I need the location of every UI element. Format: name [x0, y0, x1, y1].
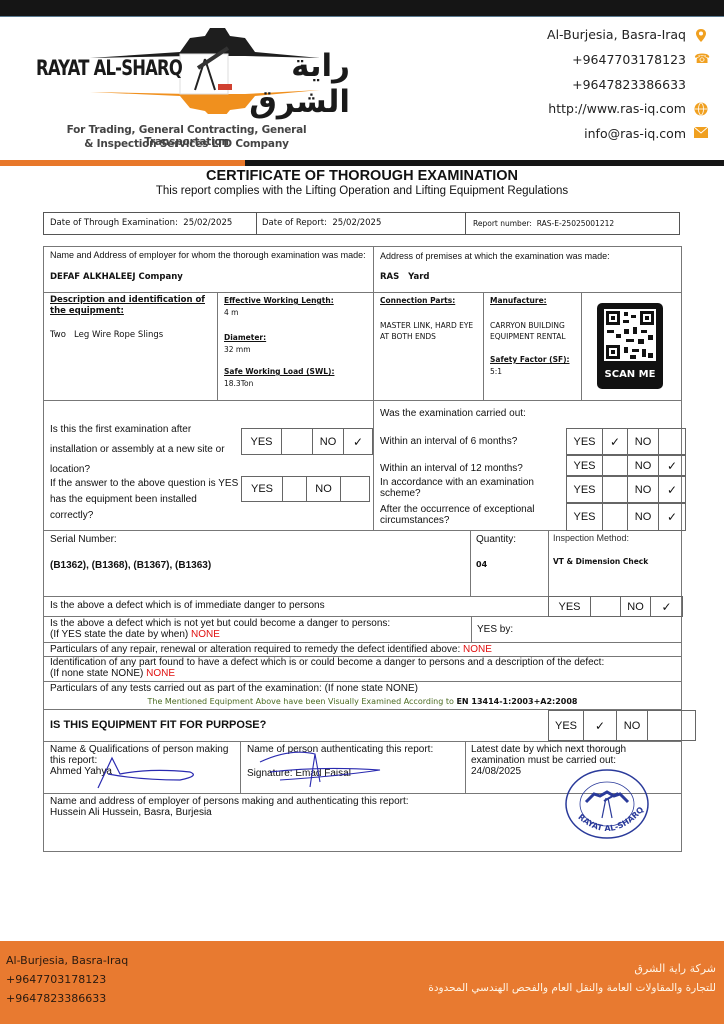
cell-divider: [373, 400, 374, 530]
row-divider: [43, 681, 682, 682]
quantity-label: Quantity:: [476, 534, 516, 545]
first-exam-no-label: NO: [312, 428, 344, 455]
first-exam-yes-checkbox[interactable]: [281, 428, 313, 455]
swl-value: 18.3Ton: [224, 379, 253, 388]
telephone-icon: ☎: [694, 52, 708, 66]
immediate-danger-yes-checkbox[interactable]: [590, 596, 621, 617]
footer-company-ar: شركة راية الشرق: [634, 962, 716, 975]
employer-value: DEFAF ALKHALEEJ Company: [50, 272, 183, 282]
diameter-value: 32 mm: [224, 345, 251, 354]
connection-value: MASTER LINK, HARD EYE AT BOTH ENDS: [380, 320, 480, 342]
yes-by-label: YES by:: [477, 624, 513, 635]
installed-no-checkbox[interactable]: [340, 476, 370, 502]
premises-label: Address of premises at which the examina…: [380, 251, 610, 261]
certificate-subtitle: This report complies with the Lifting Op…: [0, 185, 724, 197]
brand-name-ar: راية الشرق: [230, 48, 350, 120]
cell-divider: [240, 741, 241, 793]
carried-out-question-4: After the occurrence of exceptional circ…: [380, 504, 560, 526]
carried-out-1-no-label: NO: [627, 428, 659, 455]
carried-out-2-yes-checkbox[interactable]: [602, 455, 628, 476]
certificate-title: CERTIFICATE OF THOROUGH EXAMINATION: [0, 168, 724, 184]
carried-out-4-yes-label: YES: [566, 503, 603, 531]
fit-for-purpose-yes-checkbox[interactable]: ✓: [583, 710, 617, 741]
first-exam-yes-label: YES: [241, 428, 282, 455]
envelope-icon: [694, 127, 708, 141]
identification-value: NONE: [146, 668, 175, 679]
ewl-value: 4 m: [224, 308, 238, 317]
quantity-value: 04: [476, 560, 487, 569]
repair-value: NONE: [463, 644, 492, 655]
date-of-exam-value: 25/02/2025: [183, 218, 232, 228]
cell-divider: [465, 741, 466, 793]
brand-name-en: RAYAT AL-SHARQ: [36, 56, 182, 80]
carried-out-3-no-checkbox[interactable]: ✓: [658, 476, 686, 503]
serial-value: (B1362), (B1368), (B1367), (B1363): [50, 560, 211, 571]
fit-for-purpose-no-checkbox[interactable]: [647, 710, 696, 741]
qr-code[interactable]: SCAN ME: [597, 303, 663, 389]
carried-out-3-yes-checkbox[interactable]: [602, 476, 628, 503]
date-of-report: Date of Report: 25/02/2025: [262, 218, 381, 228]
qr-code-icon: [604, 309, 656, 361]
installed-yes-checkbox[interactable]: [282, 476, 307, 502]
identification-particulars: Identification of any part found to have…: [50, 657, 680, 679]
carried-out-question-1: Within an interval of 6 months?: [380, 436, 560, 447]
row-divider: [43, 642, 682, 643]
carried-out-4-no-label: NO: [627, 503, 659, 531]
cell-divider: [471, 616, 472, 642]
fit-for-purpose-question: IS THIS EQUIPMENT FIT FOR PURPOSE?: [50, 719, 266, 731]
diameter-label: Diameter:: [224, 333, 266, 342]
date-of-report-value: 25/02/2025: [332, 218, 381, 228]
premises-value: RAS Yard: [380, 272, 430, 282]
future-danger-question: Is the above a defect which is not yet b…: [50, 618, 390, 640]
employer-of-persons: Name and address of employer of persons …: [50, 796, 409, 818]
employer-of-persons-value: Hussein Ali Hussein, Basra, Burjesia: [50, 807, 409, 818]
connection-label: Connection Parts:: [380, 296, 455, 305]
top-dark-bar: [0, 0, 724, 17]
contact-phone-2: +9647823386633: [572, 77, 686, 92]
carried-out-2-yes-label: YES: [566, 455, 603, 476]
carried-out-4-no-checkbox[interactable]: ✓: [658, 503, 686, 531]
immediate-danger-yes-label: YES: [548, 596, 591, 617]
first-exam-question: Is this the first examination after inst…: [50, 420, 240, 480]
immediate-danger-no-label: NO: [620, 596, 651, 617]
divider-orange: [0, 160, 245, 166]
equipment-description-label: Description and identification of the eq…: [50, 295, 210, 317]
footer-address: Al-Burjesia, Basra-Iraq: [6, 954, 128, 967]
cell-divider: [217, 292, 218, 400]
future-danger-value: NONE: [191, 629, 220, 640]
tests-result: The Mentioned Equipment Above have been …: [43, 697, 682, 706]
cell-divider: [548, 530, 549, 596]
carried-out-3-no-label: NO: [627, 476, 659, 503]
carried-out-question-2: Within an interval of 12 months?: [380, 463, 560, 474]
swl-label: Safe Working Load (SWL):: [224, 367, 334, 376]
installed-question: If the answer to the above question is Y…: [50, 476, 240, 524]
cell-divider: [581, 292, 582, 400]
location-pin-icon: [694, 28, 708, 42]
row-divider: [43, 400, 682, 401]
manufacture-label: Manufacture:: [490, 296, 547, 305]
first-exam-no-checkbox[interactable]: ✓: [343, 428, 373, 455]
cell-divider: [483, 292, 484, 400]
company-stamp-icon: RAYAT AL-SHARQ Co.: [564, 768, 650, 840]
signature-maker-icon: [80, 750, 220, 790]
divider-dark: [245, 160, 724, 166]
immediate-danger-no-checkbox[interactable]: ✓: [650, 596, 683, 617]
immediate-danger-question: Is the above a defect which is of immedi…: [50, 600, 325, 611]
date-of-exam: Date of Through Examination: 25/02/2025: [50, 218, 232, 228]
safety-factor-label: Safety Factor (SF):: [490, 355, 570, 364]
serial-label: Serial Number:: [50, 534, 117, 545]
installed-no-label: NO: [306, 476, 341, 502]
contact-address: Al-Burjesia, Basra-Iraq: [547, 27, 686, 42]
cell-divider: [256, 212, 257, 235]
inspection-method-value: VT & Dimension Check: [553, 557, 648, 566]
globe-icon: [694, 102, 708, 116]
safety-factor-value: 5:1: [490, 367, 502, 376]
carried-out-2-no-label: NO: [627, 455, 659, 476]
fit-for-purpose-yes-label: YES: [548, 710, 584, 741]
installed-yes-label: YES: [241, 476, 283, 502]
tagline-line2: & Inspection Services LTD Company: [24, 138, 349, 150]
carried-out-1-no-checkbox[interactable]: [658, 428, 686, 455]
manufacture-value: CARRYON BUILDING EQUIPMENT RENTAL: [490, 320, 580, 342]
carried-out-4-yes-checkbox[interactable]: [602, 503, 628, 531]
contact-phone-1: +9647703178123: [572, 52, 686, 67]
equipment-description-value: Two Leg Wire Rope Slings: [50, 330, 163, 340]
carried-out-question-3: In accordance with an examination scheme…: [380, 477, 560, 499]
ewl-label: Effective Working Length:: [224, 296, 334, 305]
fit-for-purpose-no-label: NO: [616, 710, 648, 741]
repair-particulars: Particulars of any repair, renewal or al…: [50, 644, 492, 655]
tests-label: Particulars of any tests carried out as …: [50, 683, 418, 694]
test-standard: EN 13414-1:2003+A2:2008: [456, 697, 577, 706]
contact-email[interactable]: info@ras-iq.com: [584, 126, 686, 141]
carried-out-1-yes-label: YES: [566, 428, 603, 455]
footer-phone-2: +9647823386633: [6, 992, 106, 1005]
contact-website[interactable]: http://www.ras-iq.com: [548, 101, 686, 116]
inspection-method-label: Inspection Method:: [553, 533, 629, 543]
carried-out-1-yes-checkbox[interactable]: ✓: [602, 428, 628, 455]
cell-divider: [470, 530, 471, 596]
report-number-value: RAS-E-25025001212: [537, 219, 614, 228]
cell-divider: [373, 246, 374, 400]
company-logo: RAYAT AL-SHARQ راية الشرق: [30, 24, 350, 114]
report-number: Report number: RAS-E-25025001212: [473, 219, 614, 228]
cell-divider: [465, 212, 466, 235]
carried-out-2-no-checkbox[interactable]: ✓: [658, 455, 686, 476]
signature-authenticator-icon: [250, 742, 390, 794]
carried-out-3-yes-label: YES: [566, 476, 603, 503]
footer-services-ar: للتجارة والمقاولات العامة والنقل العام و…: [428, 982, 716, 994]
carried-out-label: Was the examination carried out:: [380, 408, 526, 419]
footer-phone-1: +9647703178123: [6, 973, 106, 986]
row-divider: [43, 292, 682, 293]
employer-label: Name and Address of employer for whom th…: [50, 250, 370, 260]
scan-me-label: SCAN ME: [597, 369, 663, 380]
qr-pattern: [604, 309, 656, 361]
